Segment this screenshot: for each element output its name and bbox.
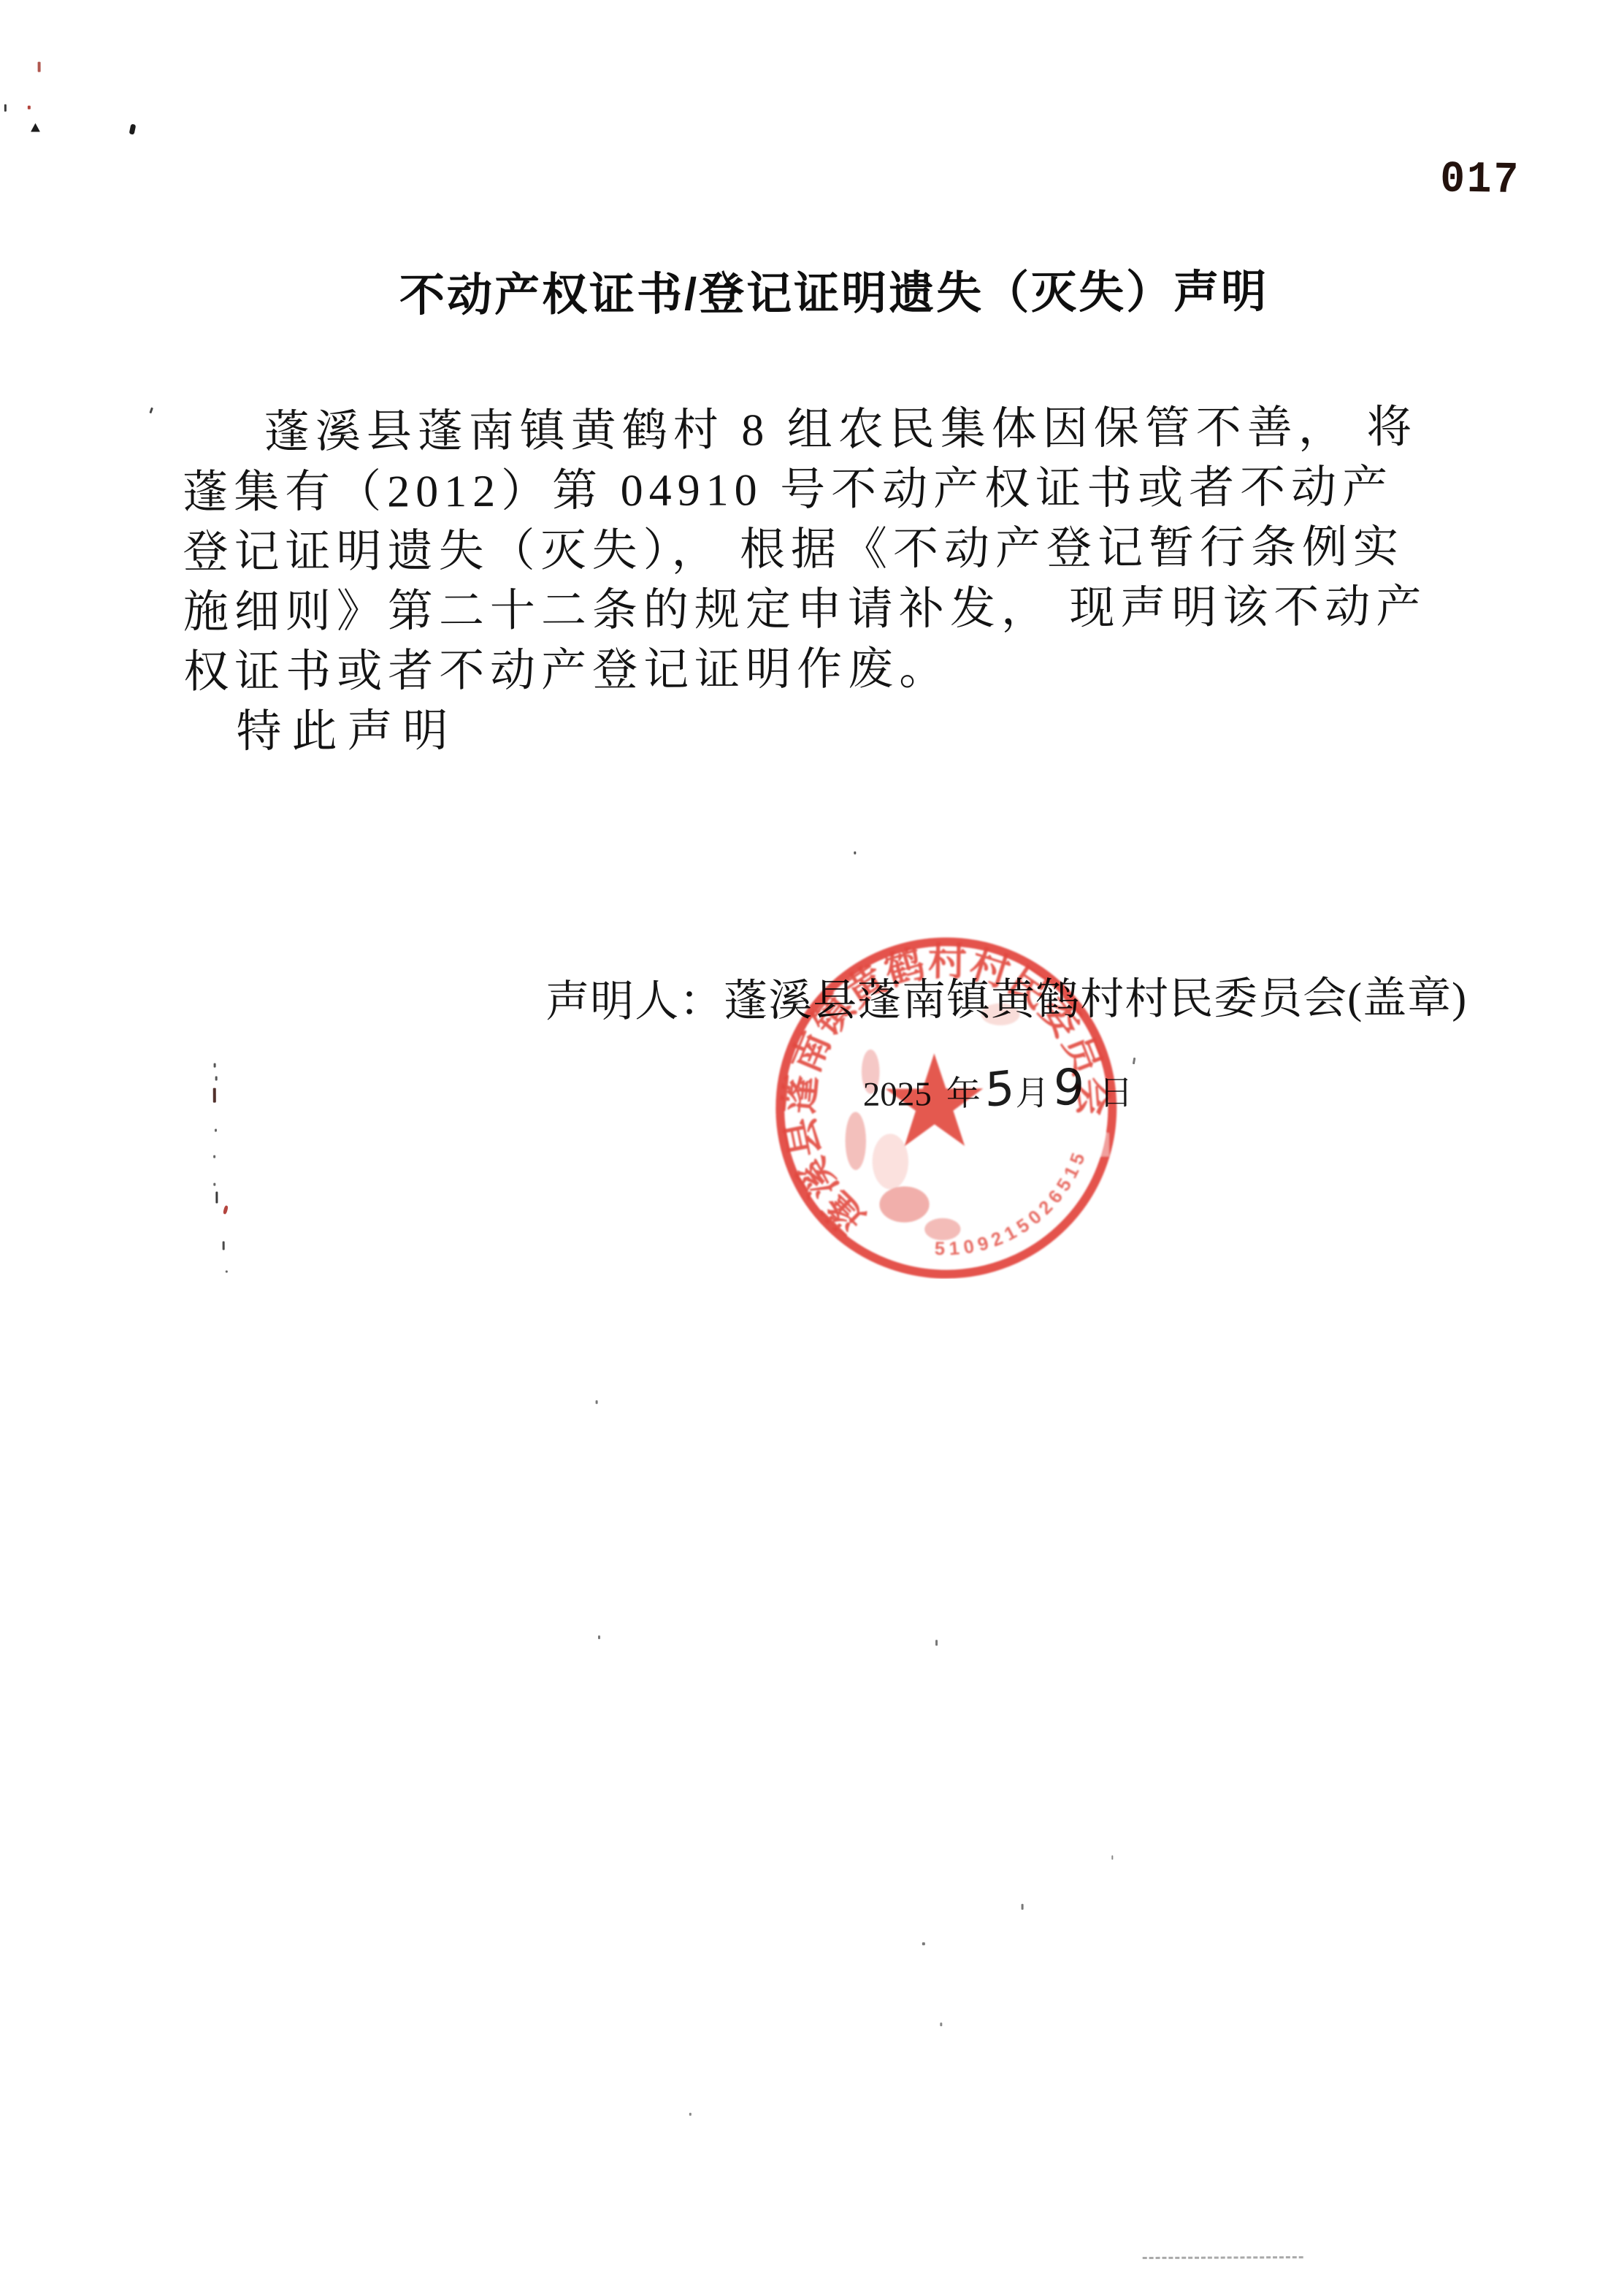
seal-smear (845, 1112, 866, 1170)
scan-artifact-line (1143, 2256, 1303, 2259)
scan-speck (215, 1129, 217, 1132)
scan-speck (935, 1640, 938, 1646)
scan-speck (4, 104, 7, 112)
scan-speck (213, 1155, 215, 1158)
seal-smear (879, 1186, 929, 1223)
scan-speck (1133, 1058, 1135, 1064)
page-number-stamp: 017 (1440, 154, 1521, 206)
scan-speck (223, 1242, 225, 1250)
body-line: 蓬集有（2012）第 04910 号不动产权证书或者不动产 (183, 457, 1453, 523)
scan-speck (596, 1400, 598, 1404)
seal-smear (873, 1134, 909, 1189)
scan-speck (215, 1192, 218, 1204)
body-closing-line: 特此声明 (183, 697, 1454, 763)
scan-speck (31, 123, 40, 132)
scan-speck (226, 1270, 228, 1272)
scan-speck (213, 1183, 215, 1186)
seal-fade (876, 1231, 908, 1253)
scan-speck (1022, 1904, 1024, 1910)
scan-speck (214, 1063, 216, 1068)
seal-smear (981, 1003, 1020, 1025)
declarant-label: 声明人： (545, 977, 724, 1026)
body-line: 施细则》第二十二条的规定申请补发， 现声明该不动产 (183, 577, 1454, 643)
declaration-body: 蓬溪县蓬南镇黄鹤村 8 组农民集体因保管不善， 将 蓬集有（2012）第 049… (183, 397, 1455, 763)
scan-speck (215, 1077, 218, 1081)
body-line: 蓬溪县蓬南镇黄鹤村 8 组农民集体因保管不善， 将 (183, 397, 1453, 463)
scan-speck (1111, 1855, 1113, 1860)
official-seal-stamp: 蓬溪县蓬南镇黄鹤村村民委员会 5109215026515 (772, 932, 1119, 1280)
scan-speck (940, 2022, 942, 2026)
scan-speck (149, 408, 153, 414)
seal-note: (盖章) (1347, 974, 1467, 1023)
body-line: 登记证明遗失（灭失）， 根据《不动产登记暂行条例实 (183, 517, 1453, 583)
seal-code-curve: 5109215026515 (934, 1146, 1092, 1259)
scan-speck (223, 1205, 229, 1215)
document-title: 不动产权证书/登记证明遗失（灭失）声明 (399, 255, 1269, 324)
scan-speck (598, 1635, 600, 1639)
scanned-document-page: 017 不动产权证书/登记证明遗失（灭失）声明 蓬溪县蓬南镇黄鹤村 8 组农民集… (0, 0, 1624, 2270)
seal-smear (924, 1218, 960, 1241)
body-line: 权证书或者不动产登记证明作废。 (183, 637, 1454, 703)
scan-speck (854, 852, 856, 855)
seal-star-icon (886, 1053, 984, 1147)
scan-speck (129, 123, 137, 134)
seal-fade (1097, 1133, 1109, 1156)
scan-speck (38, 62, 41, 72)
scan-speck (28, 106, 31, 110)
document-content: 017 不动产权证书/登记证明遗失（灭失）声明 蓬溪县蓬南镇黄鹤村 8 组农民集… (0, 0, 1624, 2270)
seal-code: 5109215026515 (934, 1146, 1092, 1259)
seal-smear (862, 1050, 880, 1094)
scan-speck (213, 1088, 216, 1103)
scan-speck (689, 2113, 692, 2116)
scan-speck (922, 1942, 925, 1945)
